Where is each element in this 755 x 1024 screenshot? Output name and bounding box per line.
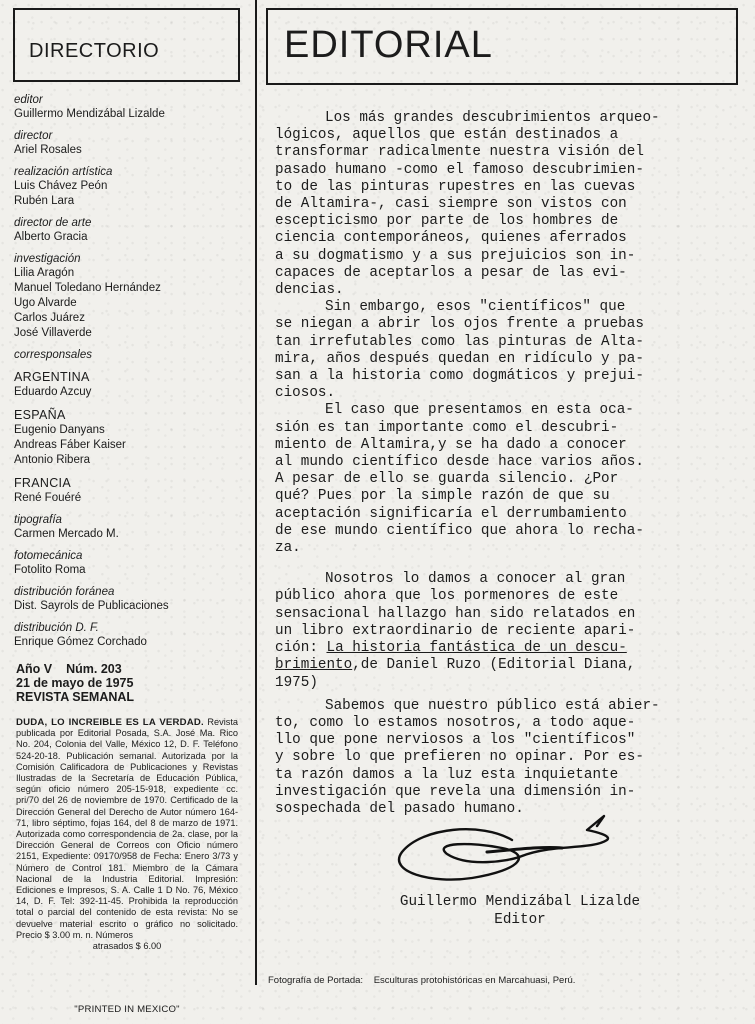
staff-name: Ugo Alvarde [14, 296, 246, 311]
text-line: pasado humano -como el famoso descubrimi… [275, 162, 745, 179]
text-line: un libro extraordinario de reciente apar… [275, 623, 745, 640]
legal-body: Revista publicada por Editorial Posada, … [16, 717, 238, 940]
signature-block: Guillermo Mendizábal Lizalde Editor [260, 893, 755, 929]
country-label: ARGENTINA [14, 370, 246, 385]
column-divider [255, 0, 257, 985]
text-line: sión es tan importante como el descubri- [275, 420, 745, 437]
country-label: ESPAÑA [14, 408, 246, 423]
editorial-header-box: EDITORIAL [266, 8, 738, 85]
issue-number: Núm. 203 [66, 662, 122, 676]
text-line: tan irrefutables como las pinturas de Al… [275, 334, 745, 351]
text-line: mira, años después quedan en ridículo y … [275, 351, 745, 368]
staff-name: Carlos Juárez [14, 311, 246, 326]
paragraph-1: Los más grandes descubrimientos arqueo- … [275, 110, 745, 299]
signer-title: Editor [260, 911, 755, 929]
text-line: dencias. [275, 282, 745, 299]
text-line: ta razón damos a la luz esta inquietante [275, 767, 745, 784]
text-line: sensacional hallazgo han sido relatados … [275, 606, 745, 623]
text-line: ciencia contemporáneos, quienes aferrado… [275, 230, 745, 247]
staff-name: Guillermo Mendizábal Lizalde [14, 107, 246, 122]
text-line: qué? Pues por la simple razón de que su [275, 488, 745, 505]
staff-name: René Fouéré [14, 491, 246, 506]
role-label: tipografía [14, 513, 246, 527]
text-line: llo que pone nerviosos a los "científico… [275, 732, 745, 749]
paragraph-3: El caso que presentamos en esta oca- sió… [275, 402, 745, 557]
text-line: a su dogmatismo y a sus prejuicios son i… [275, 248, 745, 265]
printed-in-mexico: "PRINTED IN MEXICO" [16, 1004, 238, 1015]
text-line: al mundo científico desde hace varios añ… [275, 454, 745, 471]
directory-title: DIRECTORIO [29, 40, 159, 63]
signature-icon [392, 812, 617, 887]
book-citation-line: ción: La historia fantástica de un descu… [275, 640, 745, 657]
text-line: de Altamira-, casi siempre son vistos co… [275, 196, 745, 213]
cover-photo-credit: Fotografía de Portada: Esculturas protoh… [268, 975, 575, 986]
role-label: distribución D. F. [14, 621, 246, 635]
text-line: se niegan a abrir los ojos frente a prue… [275, 316, 745, 333]
text-line: Sabemos que nuestro público está abier- [275, 698, 745, 715]
role-label: director de arte [14, 216, 246, 230]
country-label: FRANCIA [14, 476, 246, 491]
issue-date: 21 de mayo de 1975 [16, 676, 134, 690]
staff-name: Alberto Gracia [14, 230, 246, 245]
role-label: corresponsales [14, 348, 246, 362]
staff-name: Dist. Sayrols de Publicaciones [14, 599, 246, 614]
text-line: to, como lo estamos nosotros, a todo aqu… [275, 715, 745, 732]
cover-credit-text: Esculturas protohistóricas en Marcahuasi… [374, 975, 576, 986]
text-line: aceptación significaría el derrumbamient… [275, 506, 745, 523]
staff-name: Antonio Ribera [14, 453, 246, 468]
text-line: Sin embargo, esos "científicos" que [275, 299, 745, 316]
role-label: distribución foránea [14, 585, 246, 599]
text-line: escepticismo por parte de los hombres de [275, 213, 745, 230]
staff-name: Andreas Fáber Kaiser [14, 438, 246, 453]
staff-name: Ariel Rosales [14, 143, 246, 158]
text-line: miento de Altamira,y se ha dado a conoce… [275, 437, 745, 454]
paragraph-5: Sabemos que nuestro público está abier- … [275, 698, 745, 818]
text-line: y sobre lo que prefieren no opinar. Por … [275, 749, 745, 766]
legal-headline: DUDA, LO INCREIBLE ES LA VERDAD. [16, 717, 204, 728]
issue-info: Año VNúm. 203 21 de mayo de 1975 REVISTA… [16, 662, 134, 704]
text-line: investigación que revela una dimensión i… [275, 784, 745, 801]
staff-name: Eduardo Azcuy [14, 385, 246, 400]
staff-name: Fotolito Roma [14, 563, 246, 578]
cover-credit-label: Fotografía de Portada: [268, 975, 363, 986]
text-line: ciosos. [275, 385, 745, 402]
staff-name: Luis Chávez Peón [14, 179, 246, 194]
staff-name: Manuel Toledano Hernández [14, 281, 246, 296]
staff-name: Enrique Gómez Corchado [14, 635, 246, 650]
signer-name: Guillermo Mendizábal Lizalde [260, 893, 755, 911]
text-line: to de las pinturas rupestres en las cuev… [275, 179, 745, 196]
directory-header-box: DIRECTORIO [13, 8, 240, 82]
text-line: El caso que presentamos en esta oca- [275, 402, 745, 419]
text-line: Los más grandes descubrimientos arqueo- [275, 110, 745, 127]
staff-name: Rubén Lara [14, 194, 246, 209]
role-label: investigación [14, 252, 246, 266]
issue-type: REVISTA SEMANAL [16, 690, 134, 704]
role-label: realización artística [14, 165, 246, 179]
staff-name: Lilia Aragón [14, 266, 246, 281]
staff-list: editor Guillermo Mendizábal Lizalde dire… [14, 93, 246, 650]
book-title: brimiento [275, 657, 352, 673]
staff-name: José Villaverde [14, 326, 246, 341]
staff-name: Eugenio Danyans [14, 423, 246, 438]
editorial-title: EDITORIAL [284, 24, 493, 67]
text-line: Nosotros lo damos a conocer al gran [275, 571, 745, 588]
role-label: director [14, 129, 246, 143]
text-line: transformar radicalmente nuestra visión … [275, 144, 745, 161]
role-label: fotomecánica [14, 549, 246, 563]
text-line: de ese mundo científico que ahora lo rec… [275, 523, 745, 540]
text-line: lógicos, aquellos que están destinados a [275, 127, 745, 144]
paragraph-4: Nosotros lo damos a conocer al gran públ… [275, 571, 745, 691]
text-line: 1975) [275, 675, 745, 692]
paragraph-2: Sin embargo, esos "científicos" que se n… [275, 299, 745, 402]
text-line: san a la historia como dogmáticos y prej… [275, 368, 745, 385]
text-line: A pesar de ello se guarda silencio. ¿Por [275, 471, 745, 488]
back-issues-price: atrasados $ 6.00 [16, 941, 238, 952]
book-citation-line: brimiento,de Daniel Ruzo (Editorial Dian… [275, 657, 745, 674]
staff-name: Carmen Mercado M. [14, 527, 246, 542]
issue-year: Año V [16, 662, 52, 676]
role-label: editor [14, 93, 246, 107]
text-line: capaces de aceptarlos a pesar de las evi… [275, 265, 745, 282]
text-line: za. [275, 540, 745, 557]
legal-notice: DUDA, LO INCREIBLE ES LA VERDAD. Revista… [16, 717, 238, 952]
book-title: La historia fantástica de un descu- [326, 640, 626, 656]
text-line: público ahora que los pormenores de este [275, 588, 745, 605]
editorial-article: Los más grandes descubrimientos arqueo- … [275, 110, 745, 818]
